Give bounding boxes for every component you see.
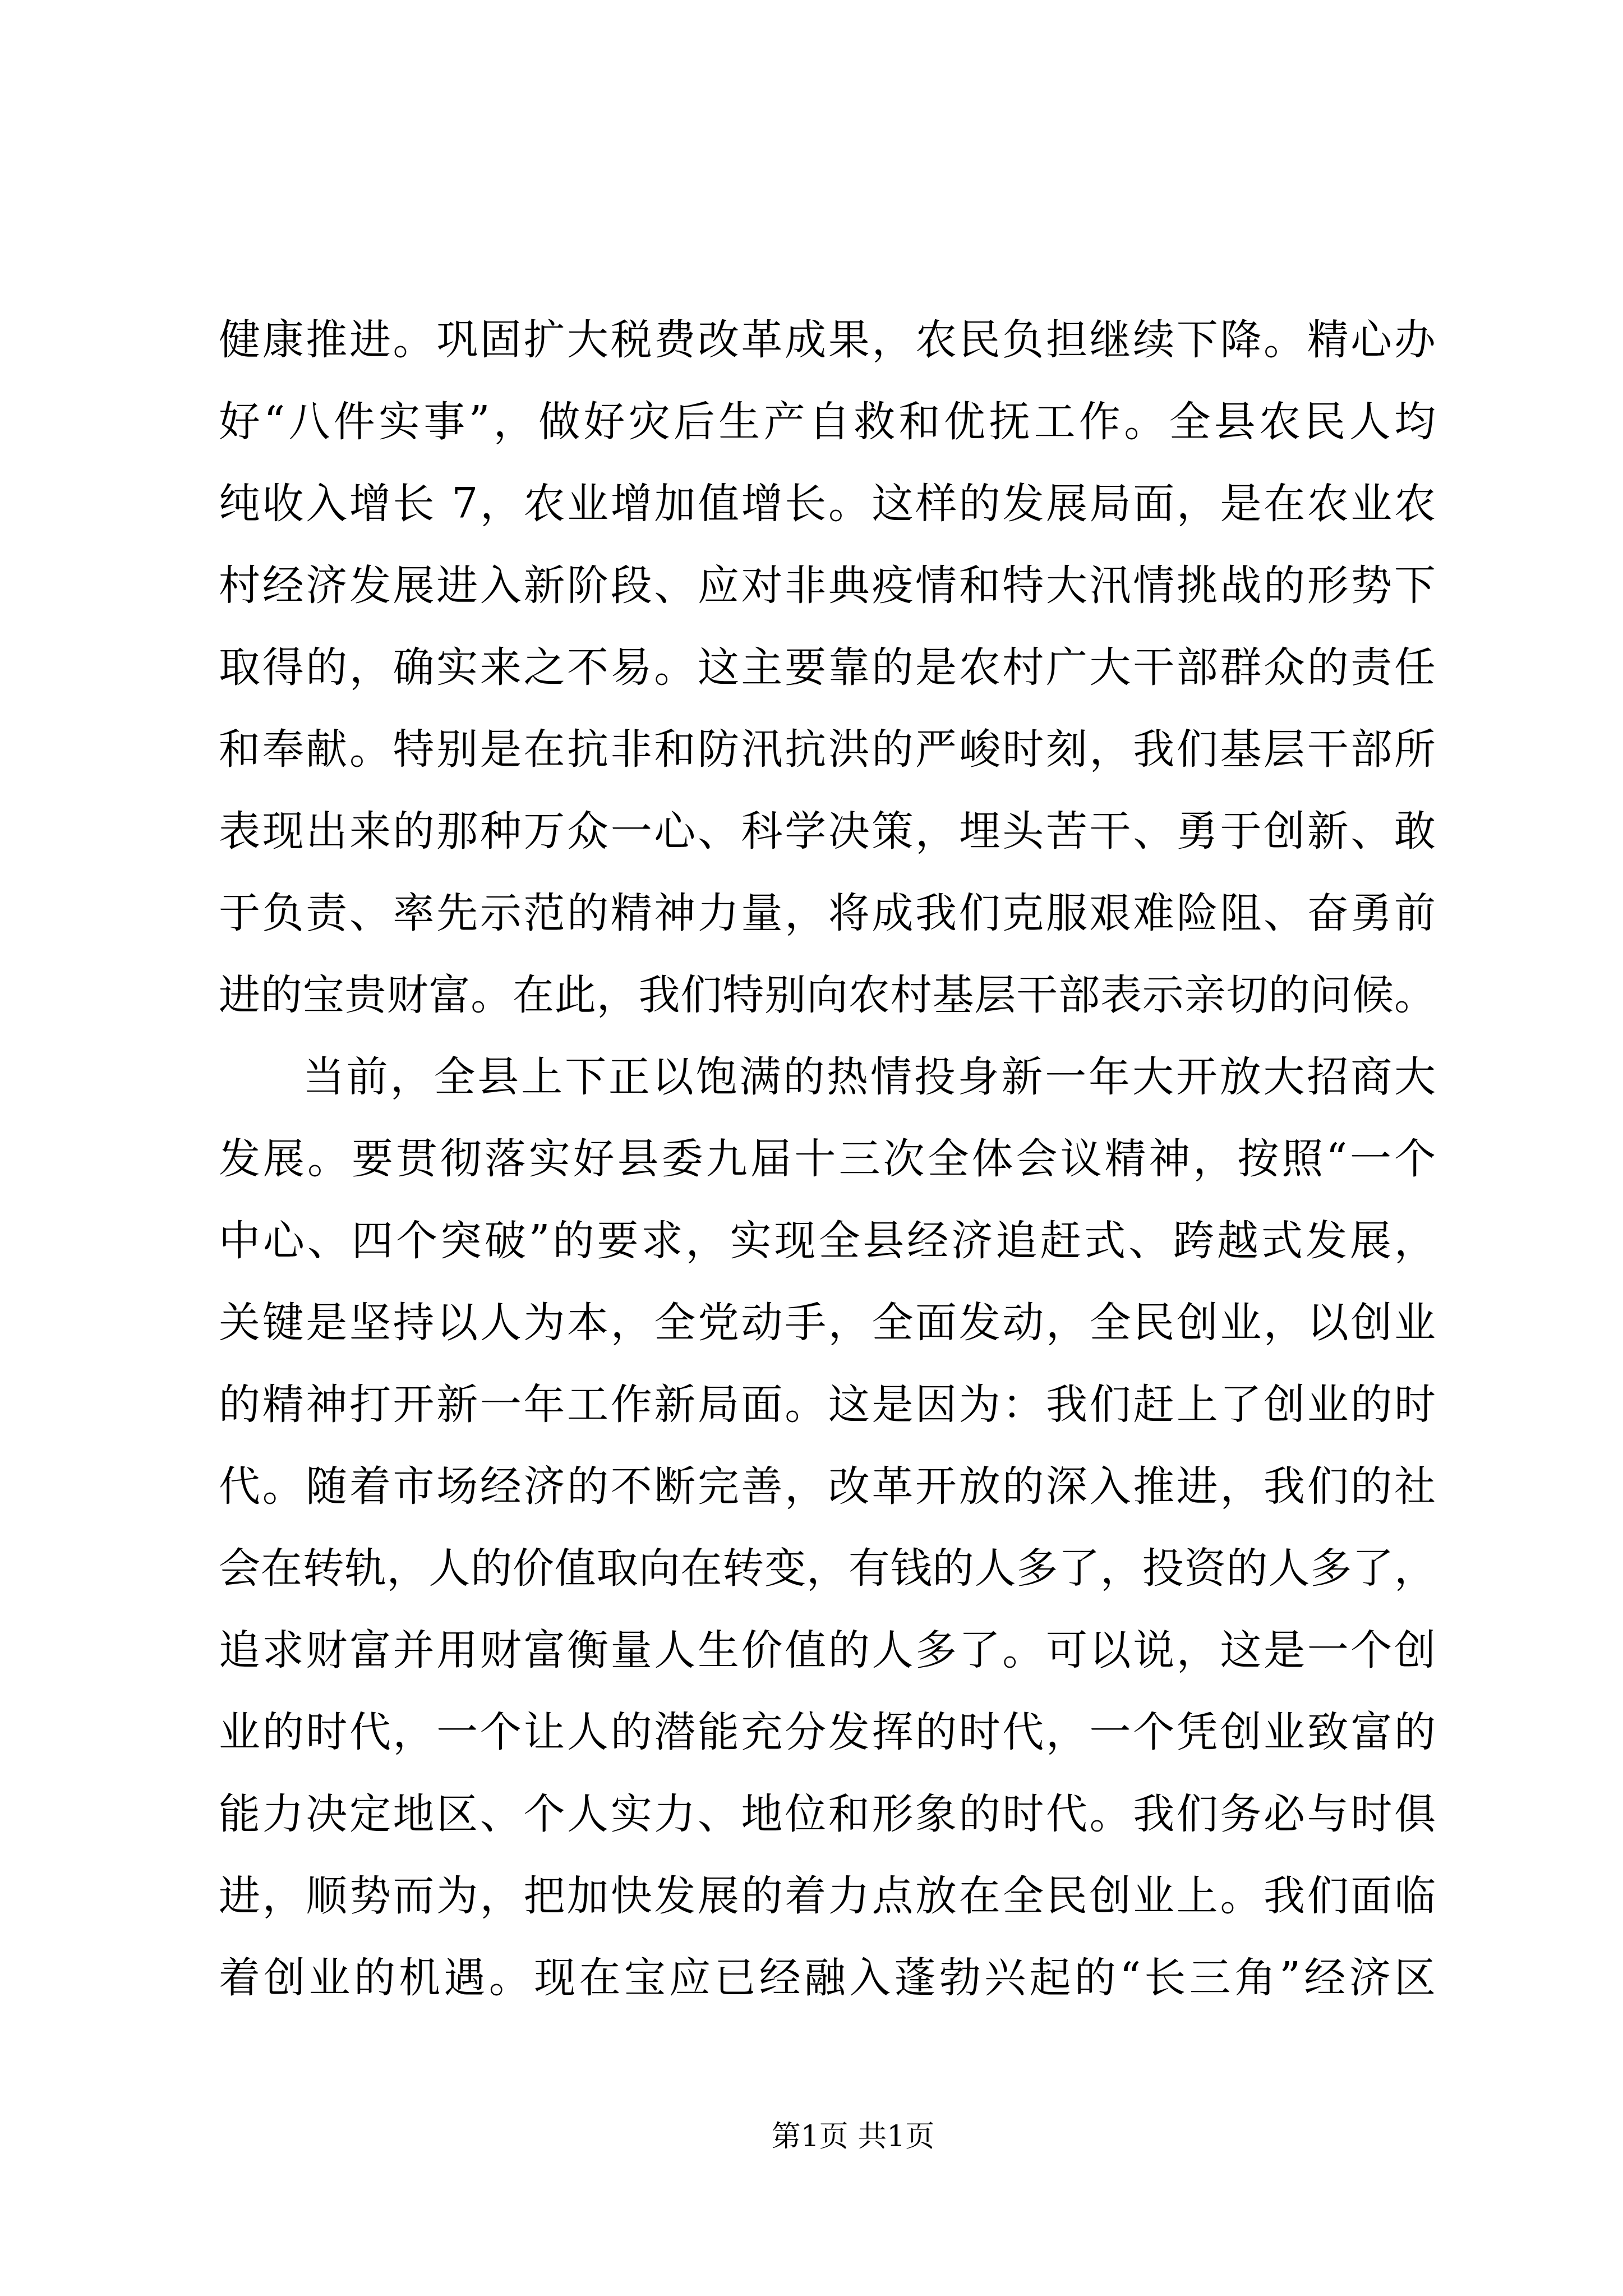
text-line: 好“八件实事”，做好灾后生产自救和优抚工作。全县农民人均 bbox=[219, 381, 1436, 463]
text-line: 能力决定地区、个人实力、地位和形象的时代。我们务必与时俱 bbox=[219, 1773, 1436, 1855]
document-body: 健康推进。巩固扩大税费改革成果，农民负担继续下降。精心办 好“八件实事”，做好灾… bbox=[219, 299, 1436, 2019]
document-page: 健康推进。巩固扩大税费改革成果，农民负担继续下降。精心办 好“八件实事”，做好灾… bbox=[0, 0, 1623, 2296]
text-line: 发展。要贯彻落实好县委九届十三次全体会议精神，按照“一个 bbox=[219, 1118, 1436, 1200]
text-line: 取得的，确实来之不易。这主要靠的是农村广大干部群众的责任 bbox=[219, 627, 1436, 708]
text-line: 会在转轨，人的价值取向在转变，有钱的人多了，投资的人多了， bbox=[219, 1527, 1436, 1609]
text-line: 村经济发展进入新阶段、应对非典疫情和特大汛情挑战的形势下 bbox=[219, 545, 1436, 627]
text-line: 关键是坚持以人为本，全党动手，全面发动，全民创业，以创业 bbox=[219, 1282, 1436, 1364]
text-line: 追求财富并用财富衡量人生价值的人多了。可以说，这是一个创 bbox=[219, 1609, 1436, 1691]
text-line: 进的宝贵财富。在此，我们特别向农村基层干部表示亲切的问候。 bbox=[219, 954, 1436, 1036]
text-line: 业的时代，一个让人的潜能充分发挥的时代，一个凭创业致富的 bbox=[219, 1691, 1436, 1773]
text-line: 进，顺势而为，把加快发展的着力点放在全民创业上。我们面临 bbox=[219, 1855, 1436, 1937]
text-line: 和奉献。特别是在抗非和防汛抗洪的严峻时刻，我们基层干部所 bbox=[219, 708, 1436, 790]
text-line: 健康推进。巩固扩大税费改革成果，农民负担继续下降。精心办 bbox=[219, 299, 1436, 381]
text-line: 纯收入增长 7，农业增加值增长。这样的发展局面，是在农业农 bbox=[219, 463, 1436, 545]
text-line: 中心、四个突破”的要求，实现全县经济追赶式、跨越式发展， bbox=[219, 1200, 1436, 1282]
text-line: 着创业的机遇。现在宝应已经融入蓬勃兴起的“长三角”经济区 bbox=[219, 1937, 1436, 2019]
page-number: 第1页 共1页 bbox=[772, 2120, 935, 2154]
text-line: 于负责、率先示范的精神力量，将成我们克服艰难险阻、奋勇前 bbox=[219, 872, 1436, 954]
text-line: 的精神打开新一年工作新局面。这是因为：我们赶上了创业的时 bbox=[219, 1364, 1436, 1446]
text-line: 表现出来的那种万众一心、科学决策，埋头苦干、勇于创新、敢 bbox=[219, 790, 1436, 872]
page-footer: 第1页 共1页 bbox=[0, 2119, 1623, 2154]
text-line: 代。随着市场经济的不断完善，改革开放的深入推进，我们的社 bbox=[219, 1446, 1436, 1527]
text-line-paragraph-start: 当前，全县上下正以饱满的热情投身新一年大开放大招商大 bbox=[219, 1036, 1436, 1118]
